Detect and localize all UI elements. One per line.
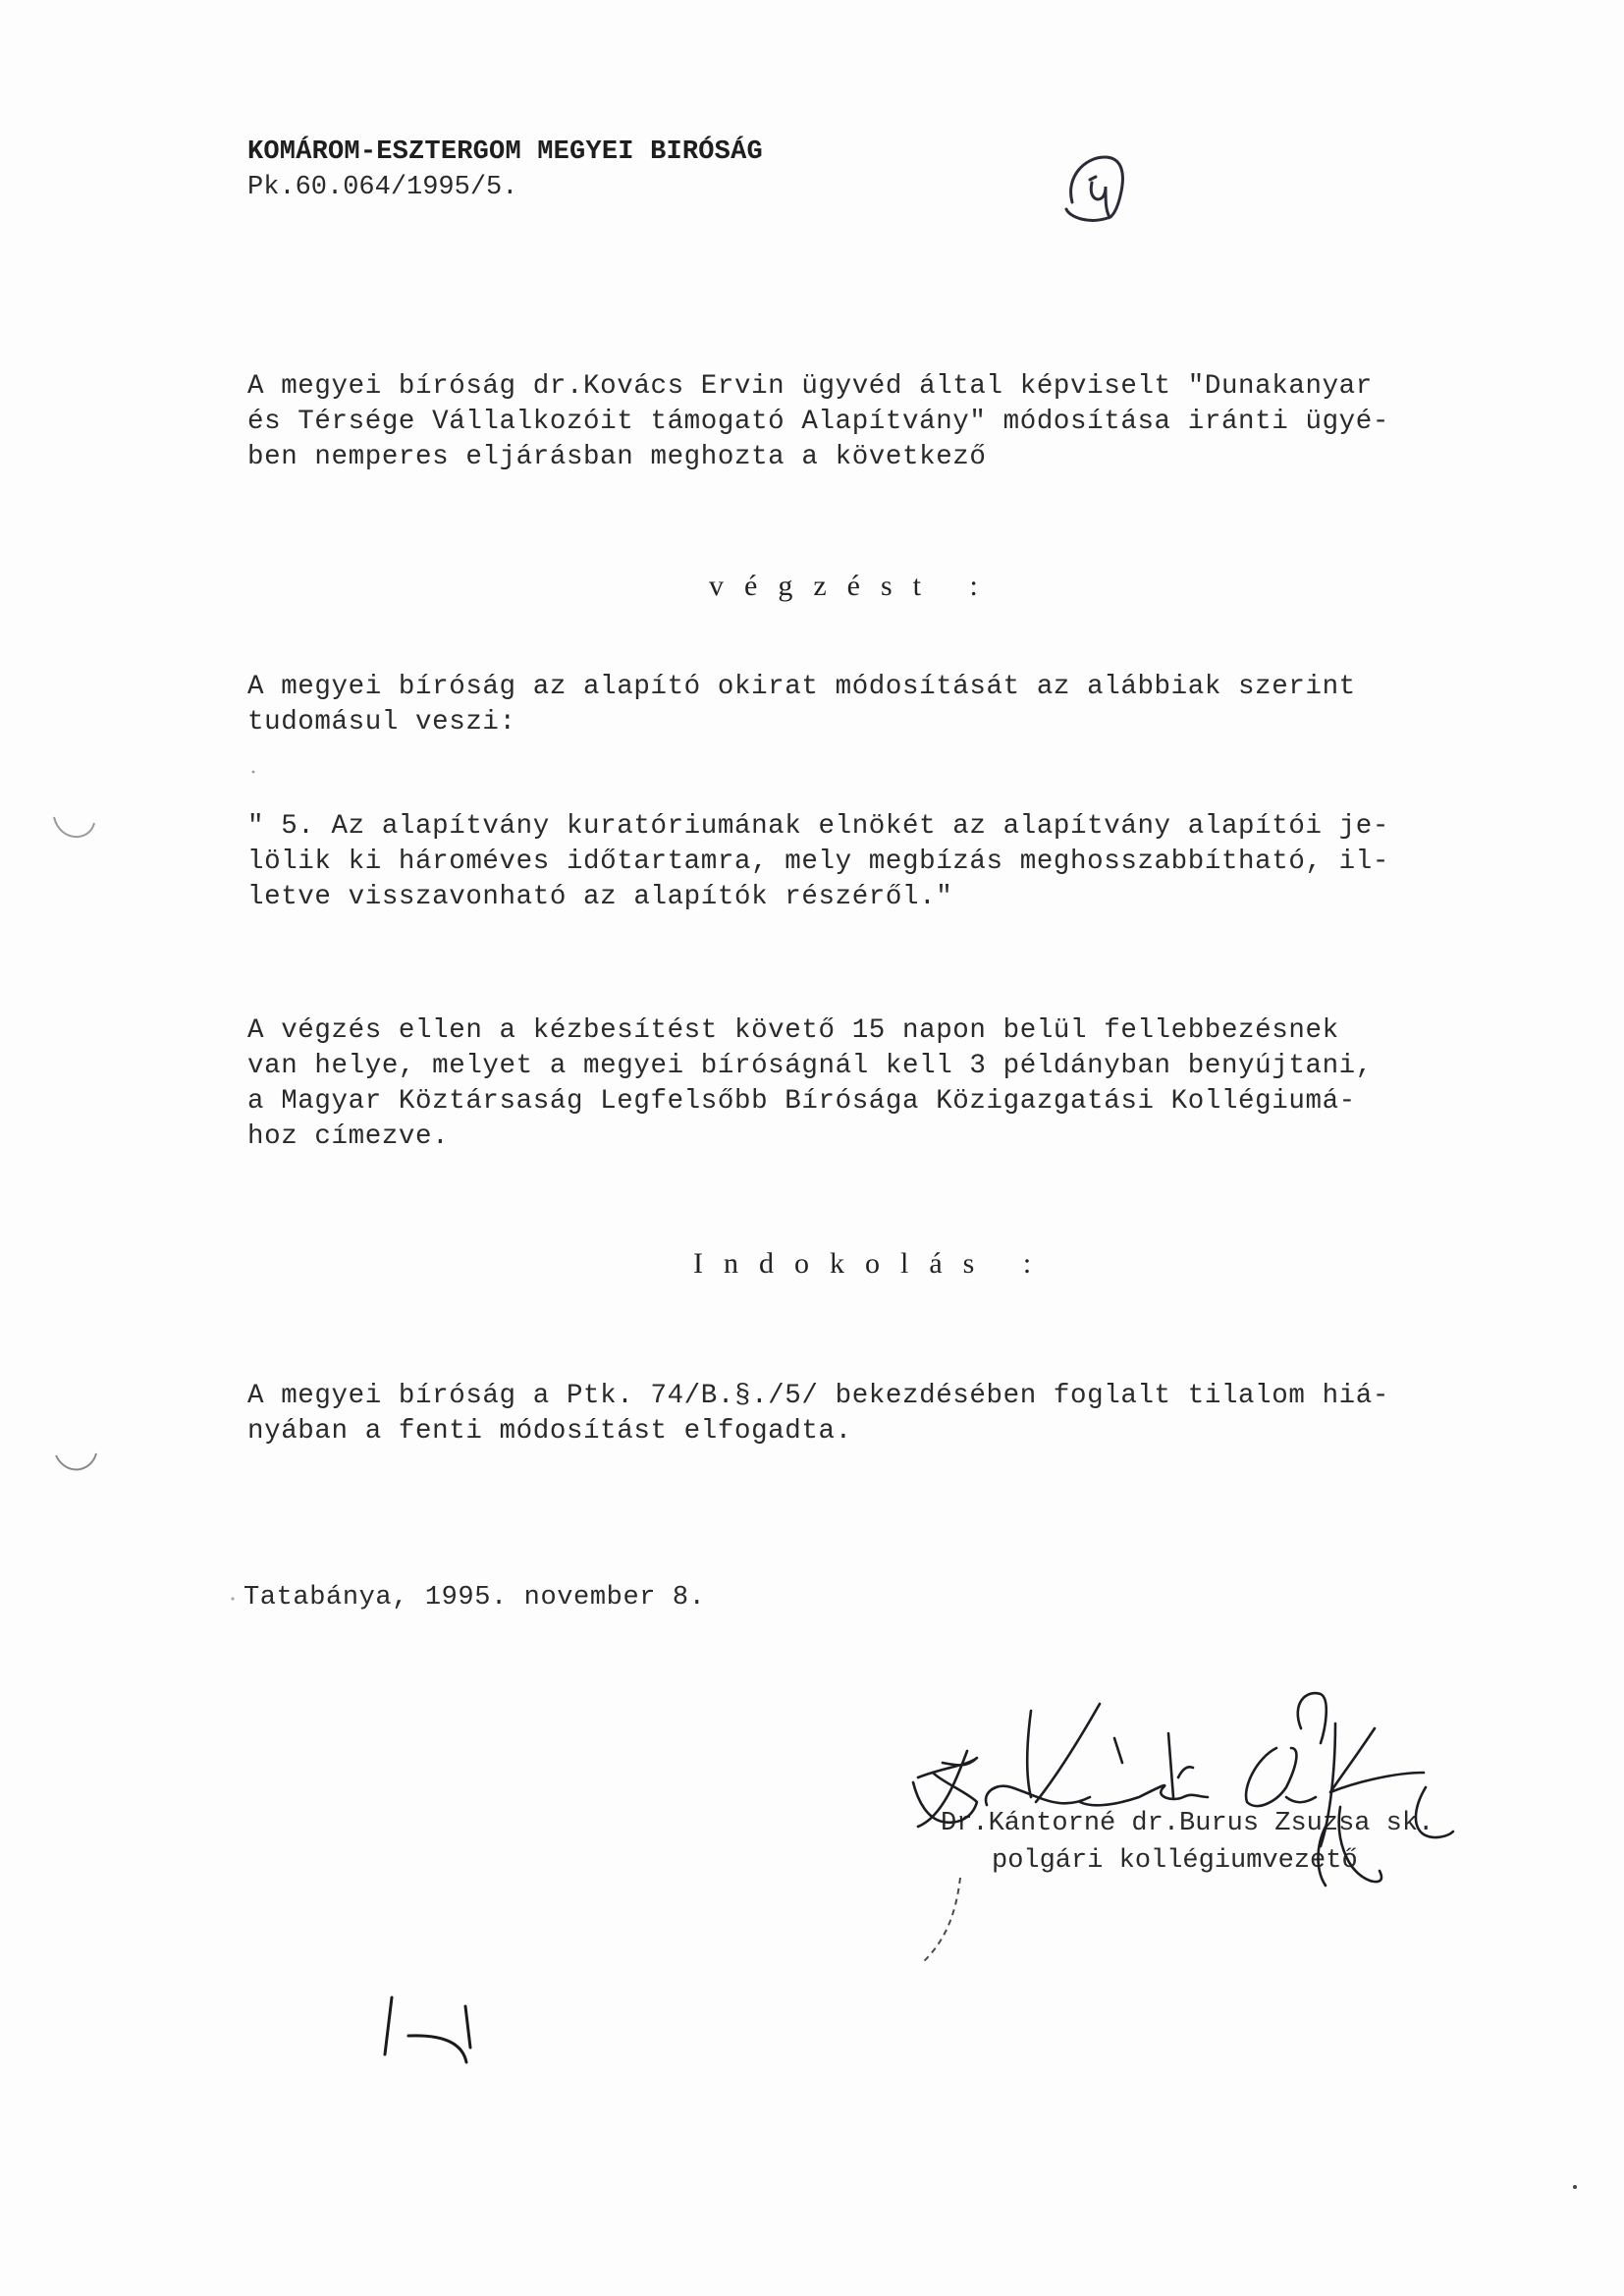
scan-speck	[252, 771, 255, 774]
handwritten-mark-icon	[385, 1997, 470, 2062]
pen-trail-icon	[921, 1878, 960, 1964]
circled-page-number-icon	[1066, 157, 1122, 220]
document-page: KOMÁROM-ESZTERGOM MEGYEI BIRÓSÁG Pk.60.0…	[0, 0, 1624, 2296]
punch-mark-icon	[54, 817, 94, 837]
punch-mark-icon	[56, 1453, 96, 1469]
handwritten-signature-icon	[913, 1693, 1453, 1886]
scan-speck	[1573, 2185, 1577, 2189]
scan-speck	[231, 1597, 234, 1600]
handwriting-overlay	[0, 0, 1624, 2296]
